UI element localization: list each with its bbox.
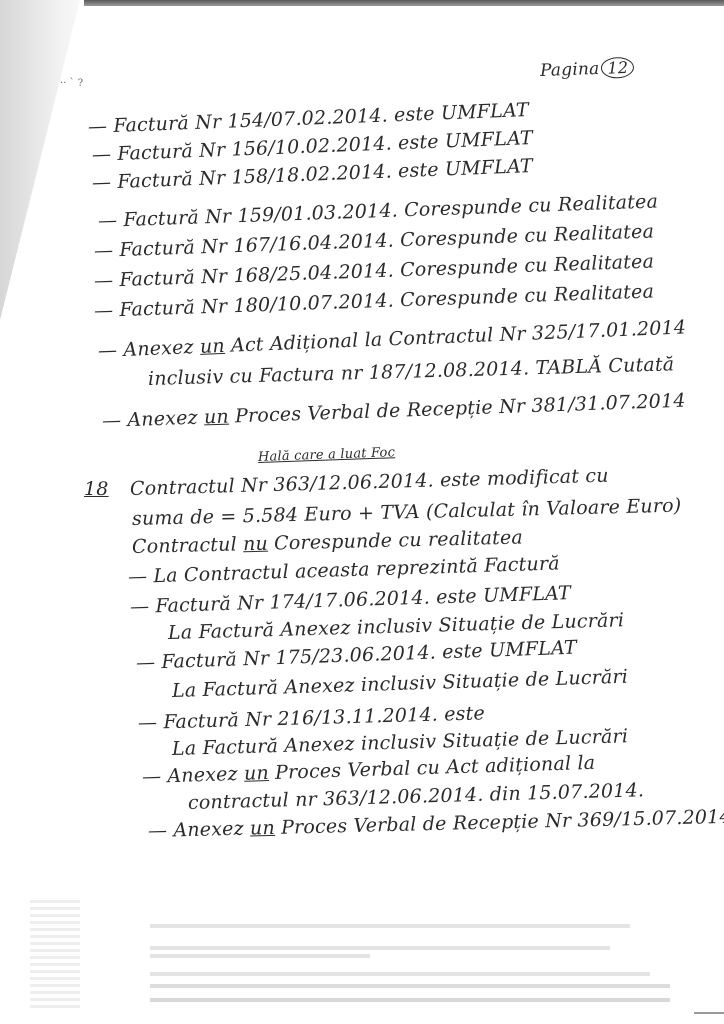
item-underlined: un bbox=[250, 817, 275, 840]
annex-text: — Anexez bbox=[98, 336, 201, 362]
bleed-through-line bbox=[150, 924, 630, 928]
contract-status-line: Contractul nu Corespunde cu realitatea bbox=[132, 526, 523, 558]
section-heading: Hală care a luat Foc bbox=[258, 445, 396, 465]
annex-text: — Anexez bbox=[102, 406, 205, 432]
annex-underlined: un bbox=[200, 335, 226, 358]
page-label-text: Pagina bbox=[540, 59, 600, 81]
section-item: La Factură Anexez inclusiv Situație de L… bbox=[172, 666, 629, 702]
annex-text: Proces Verbal de Recepție Nr 381/31.07.2… bbox=[228, 390, 685, 428]
item-text: Proces Verbal de Recepție Nr 369/15.07.2… bbox=[275, 806, 724, 839]
bleed-through-line bbox=[150, 954, 370, 958]
bleed-through-margin bbox=[30, 900, 80, 1010]
contract-line: Contractul Nr 363/12.06.2014. este modif… bbox=[130, 465, 609, 500]
annex-line: — Anexez un Proces Verbal de Recepție Nr… bbox=[102, 390, 686, 432]
item-underlined: un bbox=[244, 762, 270, 785]
contract-underlined: nu bbox=[243, 533, 268, 556]
item-text: — Anexez bbox=[148, 818, 251, 842]
page-number-label: Pagina12 bbox=[540, 57, 635, 81]
annex-text: Act Adițional la Contractul Nr 325/17.01… bbox=[224, 316, 686, 357]
bleed-through-line bbox=[150, 946, 610, 950]
page-number-circle: 12 bbox=[601, 57, 634, 79]
section-item: — Factură Nr 216/13.11.2014. este bbox=[138, 702, 485, 734]
section-item: — La Contractul aceasta reprezintă Factu… bbox=[128, 552, 560, 588]
item-text: Proces Verbal cu Act adițional la bbox=[269, 752, 596, 784]
scan-edge-mark bbox=[694, 1012, 724, 1014]
annex-underlined: un bbox=[204, 406, 230, 429]
section-number: 18 bbox=[84, 478, 109, 500]
scanned-page: ·· ˋ ? Pagina12 — Factură Nr 154/07.02.2… bbox=[0, 0, 724, 1024]
page-fold-shadow bbox=[0, 0, 100, 1024]
contract-sum-line: suma de = 5.584 Euro + TVA (Calculat în … bbox=[132, 495, 682, 530]
bleed-through-line bbox=[150, 972, 650, 976]
contract-text: Contractul bbox=[132, 533, 244, 558]
contract-text: Corespunde cu realitatea bbox=[268, 526, 524, 554]
margin-marks: ·· ˋ ? bbox=[60, 78, 83, 89]
item-text: — Anexez bbox=[142, 763, 245, 788]
bleed-through-line bbox=[150, 984, 670, 988]
scan-top-edge bbox=[84, 0, 724, 6]
annex-continuation: inclusiv cu Factura nr 187/12.08.2014. T… bbox=[148, 353, 675, 390]
bleed-through-line bbox=[150, 998, 670, 1002]
